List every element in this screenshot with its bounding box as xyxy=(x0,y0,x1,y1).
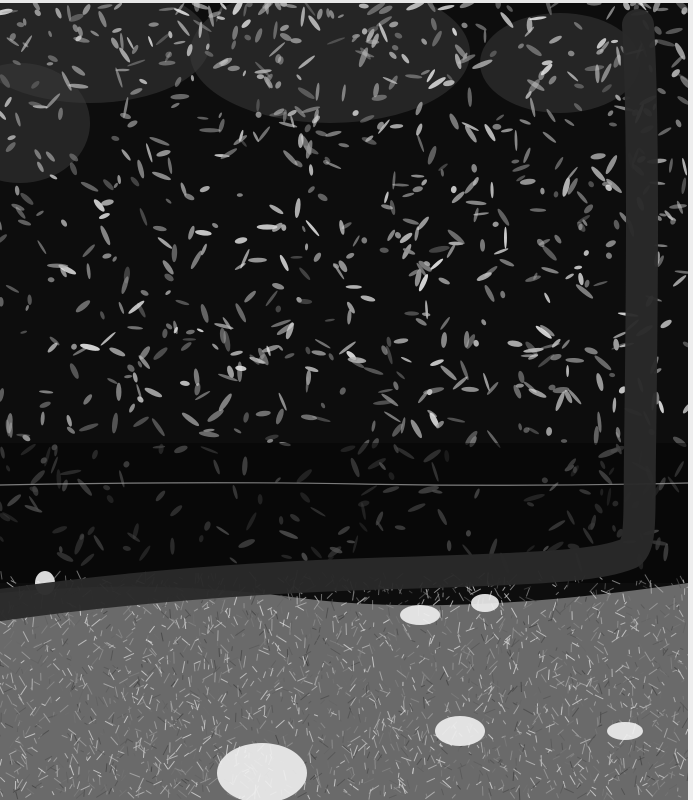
light-patch xyxy=(435,716,485,746)
foliage-layer xyxy=(0,3,688,603)
vegetation-scene xyxy=(0,3,688,800)
light-patch xyxy=(607,722,643,740)
light-patch xyxy=(400,605,440,625)
light-patch xyxy=(471,594,499,612)
paper-margin-right xyxy=(688,0,693,800)
photograph xyxy=(0,3,688,800)
